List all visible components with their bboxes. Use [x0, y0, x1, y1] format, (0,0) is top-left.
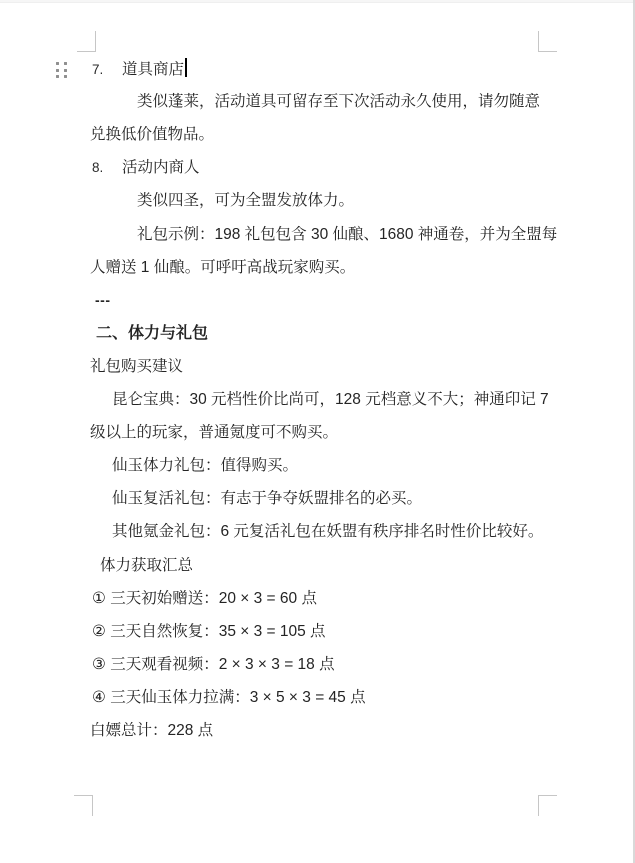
- list-number: 7.: [92, 59, 122, 80]
- line-text: 类似四圣，可为全盟发放体力。: [137, 192, 354, 209]
- crop-mark-top-left-icon: [77, 31, 96, 52]
- line-text: ---: [95, 292, 111, 308]
- text-line[interactable]: 人赠送 1 仙酿。可呼吁高战玩家购买。: [90, 257, 355, 278]
- drag-dot: [56, 69, 59, 72]
- line-text: 白嫖总计：228 点: [90, 722, 213, 739]
- list-number: 8.: [92, 157, 122, 178]
- drag-dot: [64, 62, 67, 65]
- text-line[interactable]: ---: [95, 290, 111, 311]
- text-line[interactable]: 兑换低价值物品。: [90, 124, 214, 145]
- page-top-edge: [0, 0, 635, 3]
- crop-mark-top-right-icon: [538, 31, 557, 52]
- line-text: 其他氪金礼包：6 元复活礼包在妖盟有秩序排名时性价比较好。: [112, 523, 543, 540]
- line-text: 兑换低价值物品。: [90, 126, 214, 143]
- text-line[interactable]: ① 三天初始赠送：20 × 3 = 60 点: [92, 588, 317, 609]
- drag-dot: [64, 75, 67, 78]
- text-line[interactable]: 白嫖总计：228 点: [90, 720, 213, 741]
- line-text: 仙玉复活礼包：有志于争夺妖盟排名的必买。: [112, 490, 422, 507]
- text-line[interactable]: ② 三天自然恢复：35 × 3 = 105 点: [92, 621, 326, 642]
- drag-dot: [64, 69, 67, 72]
- line-text: 人赠送 1 仙酿。可呼吁高战玩家购买。: [90, 259, 355, 276]
- crop-mark-bottom-left-icon: [74, 795, 93, 816]
- crop-mark-bottom-right-icon: [538, 795, 557, 816]
- line-text: 礼包示例：198 礼包包含 30 仙酿、1680 神通卷，并为全盟每: [137, 226, 557, 243]
- line-text: 类似蓬莱，活动道具可留存至下次活动永久使用，请勿随意: [137, 93, 540, 110]
- line-text: 礼包购买建议: [90, 358, 183, 375]
- line-text: ③ 三天观看视频：2 × 3 × 3 = 18 点: [92, 656, 335, 673]
- line-text: 活动内商人: [122, 159, 200, 176]
- text-line[interactable]: 7.道具商店: [92, 58, 187, 80]
- text-line[interactable]: 类似蓬莱，活动道具可留存至下次活动永久使用，请勿随意: [137, 91, 540, 112]
- line-text: 级以上的玩家，普通氪度可不购买。: [90, 424, 338, 441]
- text-line[interactable]: 级以上的玩家，普通氪度可不购买。: [90, 422, 338, 443]
- text-line[interactable]: 二、体力与礼包: [96, 323, 208, 344]
- text-line[interactable]: ④ 三天仙玉体力拉满：3 × 5 × 3 = 45 点: [92, 687, 366, 708]
- text-cursor: [185, 58, 187, 77]
- line-text: ① 三天初始赠送：20 × 3 = 60 点: [92, 590, 317, 607]
- text-line[interactable]: 礼包示例：198 礼包包含 30 仙酿、1680 神通卷，并为全盟每: [137, 224, 557, 245]
- line-text: ② 三天自然恢复：35 × 3 = 105 点: [92, 623, 326, 640]
- drag-dot: [56, 62, 59, 65]
- text-line[interactable]: 礼包购买建议: [90, 356, 183, 377]
- paragraph-drag-handle-icon[interactable]: [56, 62, 69, 78]
- text-line[interactable]: ③ 三天观看视频：2 × 3 × 3 = 18 点: [92, 654, 335, 675]
- drag-dot: [56, 75, 59, 78]
- text-line[interactable]: 其他氪金礼包：6 元复活礼包在妖盟有秩序排名时性价比较好。: [112, 521, 543, 542]
- text-line[interactable]: 体力获取汇总: [100, 555, 193, 576]
- text-line[interactable]: 昆仑宝典：30 元档性价比尚可，128 元档意义不大；神通印记 7: [112, 389, 549, 410]
- text-line[interactable]: 仙玉复活礼包：有志于争夺妖盟排名的必买。: [112, 488, 422, 509]
- text-line[interactable]: 8.活动内商人: [92, 157, 200, 178]
- line-text: 仙玉体力礼包：值得购买。: [112, 457, 298, 474]
- text-line[interactable]: 类似四圣，可为全盟发放体力。: [137, 190, 354, 211]
- line-text: 昆仑宝典：30 元档性价比尚可，128 元档意义不大；神通印记 7: [112, 391, 549, 408]
- line-text: 道具商店: [122, 61, 184, 78]
- line-text: 体力获取汇总: [100, 557, 193, 574]
- line-text: ④ 三天仙玉体力拉满：3 × 5 × 3 = 45 点: [92, 689, 366, 706]
- text-line[interactable]: 仙玉体力礼包：值得购买。: [112, 455, 298, 476]
- line-text: 二、体力与礼包: [96, 325, 208, 342]
